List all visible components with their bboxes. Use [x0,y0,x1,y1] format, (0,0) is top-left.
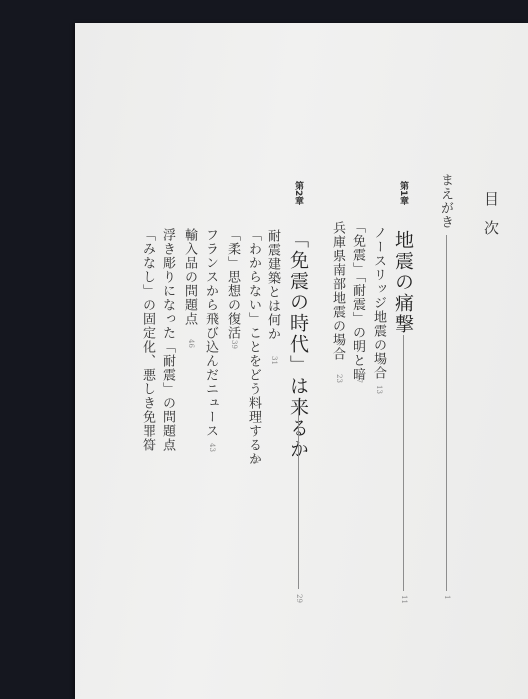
section-2-7[interactable]: 「みなし」の固定化、悪しき免罪符 [141,228,154,452]
toc-title: 目次 [483,191,498,249]
section-2-2[interactable]: 「わからない」ことをどう料理するか [247,228,260,466]
preface-leader [446,235,447,591]
section-2-3[interactable]: 「柔」思想の復活 [226,228,239,340]
preface-entry[interactable]: まえがき [439,173,452,229]
section-1-3[interactable]: 兵庫県南部地震の場合 [331,221,344,361]
section-2-7-page: 54 [145,441,152,450]
section-2-6[interactable]: 浮き彫りになった「耐震」の問題点 [161,228,174,452]
section-2-4[interactable]: フランスから飛び込んだニュース [204,228,217,438]
section-2-4-page: 43 [208,443,215,452]
section-1-3-page: 23 [335,374,342,383]
section-2-1[interactable]: 耐震建築とは何か [266,229,279,341]
chapter-1-page-number: 11 [400,595,407,604]
chapter-2-leader [298,401,299,589]
section-2-2-page: 34 [251,455,258,464]
section-2-6-page: 50 [165,441,172,450]
section-2-5-page: 46 [187,339,194,348]
chapter-1-leader [403,335,404,591]
section-1-2[interactable]: 「免震」「耐震」の明と暗 [351,220,364,382]
chapter-1-label: 第1章 [398,181,407,205]
section-2-1-page: 31 [270,356,277,365]
section-2-3-page: 39 [230,340,237,349]
chapter-1-title[interactable]: 地震の痛撃 [393,230,412,335]
preface-page-number: 1 [443,595,450,599]
section-2-5[interactable]: 輸入品の問題点 [183,228,196,326]
section-1-2-page: 17 [355,374,362,383]
section-1-1[interactable]: ノースリッジ地震の場合 [372,226,385,380]
chapter-2-label: 第2章 [293,181,302,205]
chapter-2-page-number: 29 [295,594,302,603]
section-1-1-page: 13 [375,385,382,394]
book-page: 目次 まえがき 1 第1章 地震の痛撃 11 ノースリッジ地震の場合 13 「免… [75,23,528,699]
